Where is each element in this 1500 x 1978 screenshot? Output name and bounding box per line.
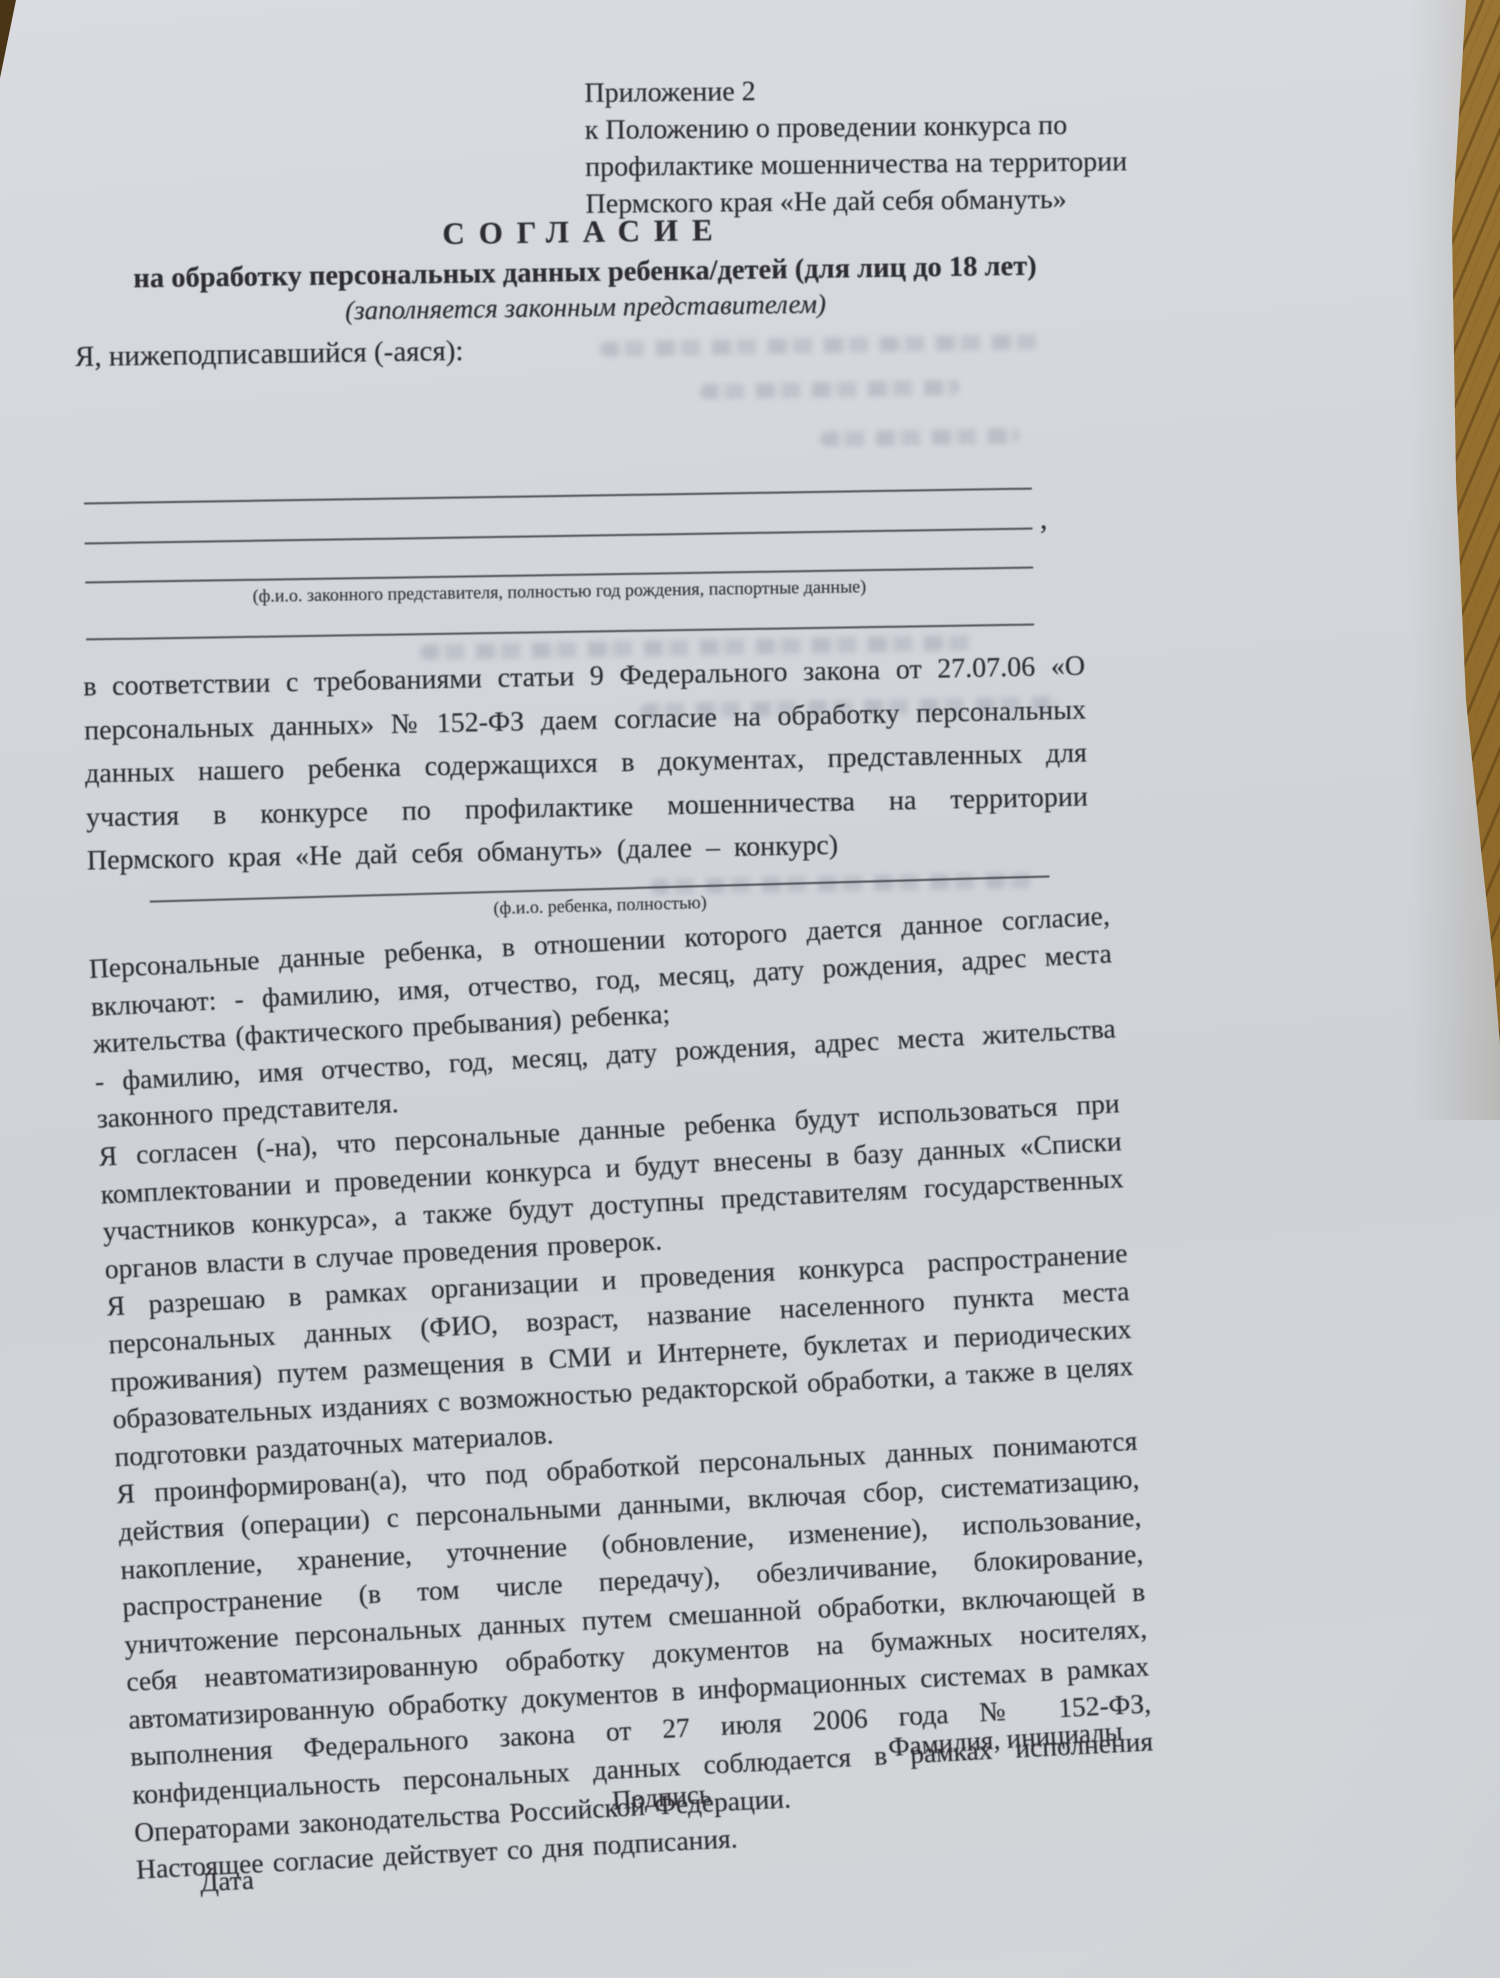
- date-label: Дата: [199, 1865, 254, 1899]
- fill-line-1: [84, 488, 1032, 505]
- appendix-line: Приложение 2: [584, 69, 1144, 112]
- law-reference-paragraph: в соответствии с требованиями статьи 9 Ф…: [83, 645, 1089, 883]
- bleed-through-text: [700, 380, 960, 400]
- declarant-label: Я, нижеподписавшийся (-аяся):: [75, 335, 464, 374]
- photo-scene: Приложение 2 к Положению о проведении ко…: [0, 0, 1500, 1978]
- appendix-note: Приложение 2 к Положению о проведении ко…: [584, 69, 1146, 223]
- bleed-through-text: [820, 428, 1020, 446]
- document-content: Приложение 2 к Положению о проведении ко…: [0, 0, 1500, 1978]
- bleed-through-text: [600, 334, 1040, 357]
- document-title: СОГЛАСИЕ: [84, 207, 1084, 257]
- appendix-line: к Положению о проведении конкурса по: [585, 106, 1145, 149]
- document-page: Приложение 2 к Положению о проведении ко…: [0, 0, 1500, 1978]
- fill-line-2: ,: [85, 528, 1033, 545]
- representative-fill-section: , (ф.и.о. законного представителя, полно…: [84, 488, 1034, 641]
- trailing-comma: ,: [1040, 502, 1048, 536]
- title-block: СОГЛАСИЕ на обработку персональных данны…: [84, 207, 1085, 330]
- appendix-line: профилактике мошенничества на территории: [585, 143, 1145, 186]
